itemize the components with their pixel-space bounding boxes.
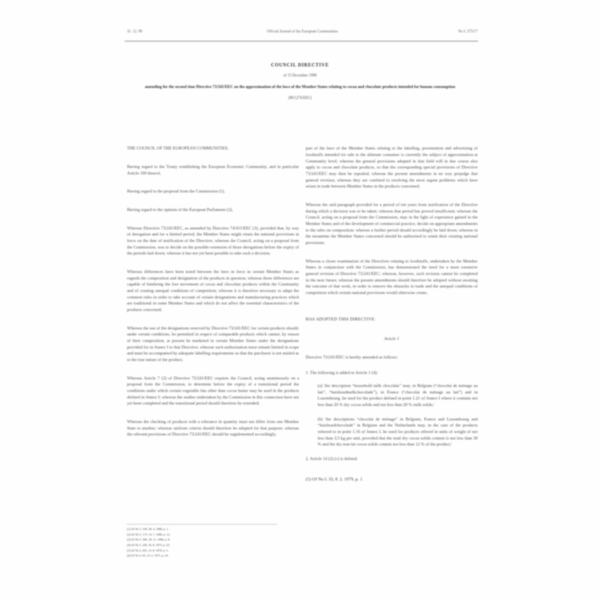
recital-paragraph: Whereas the checking of products with a … [127,418,299,437]
body-paragraph: Directive 73/241/EEC is hereby amended a… [306,354,478,360]
recital-paragraph: Whereas differences have been noted betw… [127,268,299,312]
header-issue-number: No L 375/17 [458,29,477,33]
body-paragraph: Whereas a closer examination of the Dire… [306,258,478,296]
recital-paragraph: THE COUNCIL OF THE EUROPEAN COMMUNITIES, [127,145,299,151]
body-paragraph: Article 1 [306,335,478,341]
header-rule [125,41,478,42]
body-paragraph: (a) 'the description “household milk cho… [306,382,478,407]
body-paragraph: part of the laws of the Member States re… [306,145,478,189]
body-paragraph: (b) 'the descriptions “chocolat de ménag… [306,416,478,448]
directive-subject: amending for the second time Directive 7… [140,84,460,90]
journal-page: 31. 12. 80 Official Journal of the Europ… [0,0,600,600]
recital-paragraph: Having regard to the opinion of the Euro… [127,206,299,212]
footnote-reference: (6) OJ No L 43, 14. 2. 1975, p. 24. [127,553,277,558]
title-block: COUNCIL DIRECTIVE of 15 December 1980 am… [140,63,460,100]
body-paragraph: HAS ADOPTED THIS DIRECTIVE: [306,316,478,322]
body-paragraph: (1) OJ No L 33, 8. 2. 1979, p. 1. [306,476,478,482]
recital-paragraph: Having regard to the Treaty establishing… [127,163,299,176]
body-paragraph: Whereas the said paragraph provided for … [306,201,478,245]
body-paragraph: 1. The following is added to Article 1 (… [306,369,478,375]
header-journal-title: Official Journal of the European Communi… [127,29,478,33]
scanned-document-page: 31. 12. 80 Official Journal of the Europ… [0,0,600,600]
right-column: part of the laws of the Member States re… [306,145,478,600]
recital-paragraph: Whereas Article 7 (2) of Directive 73/24… [127,375,299,407]
recital-paragraph: Whereas the use of the designations rese… [127,325,299,363]
recital-paragraph: Having regard to the proposal from the C… [127,188,299,194]
recital-paragraph: Whereas Directive 73/241/EEC, as amended… [127,225,299,257]
directive-kind: COUNCIL DIRECTIVE [140,63,460,68]
body-paragraph: 2. Article 14 (2) (c) is deleted. [306,455,478,461]
running-header: 31. 12. 80 Official Journal of the Europ… [127,29,478,38]
footnote-block: (1) OJ No C 104, 28. 4. 1980, p. 1.(2) O… [127,524,277,558]
directive-number: (80/1276/EEC) [140,96,460,100]
directive-date: of 15 December 1980 [140,73,460,77]
